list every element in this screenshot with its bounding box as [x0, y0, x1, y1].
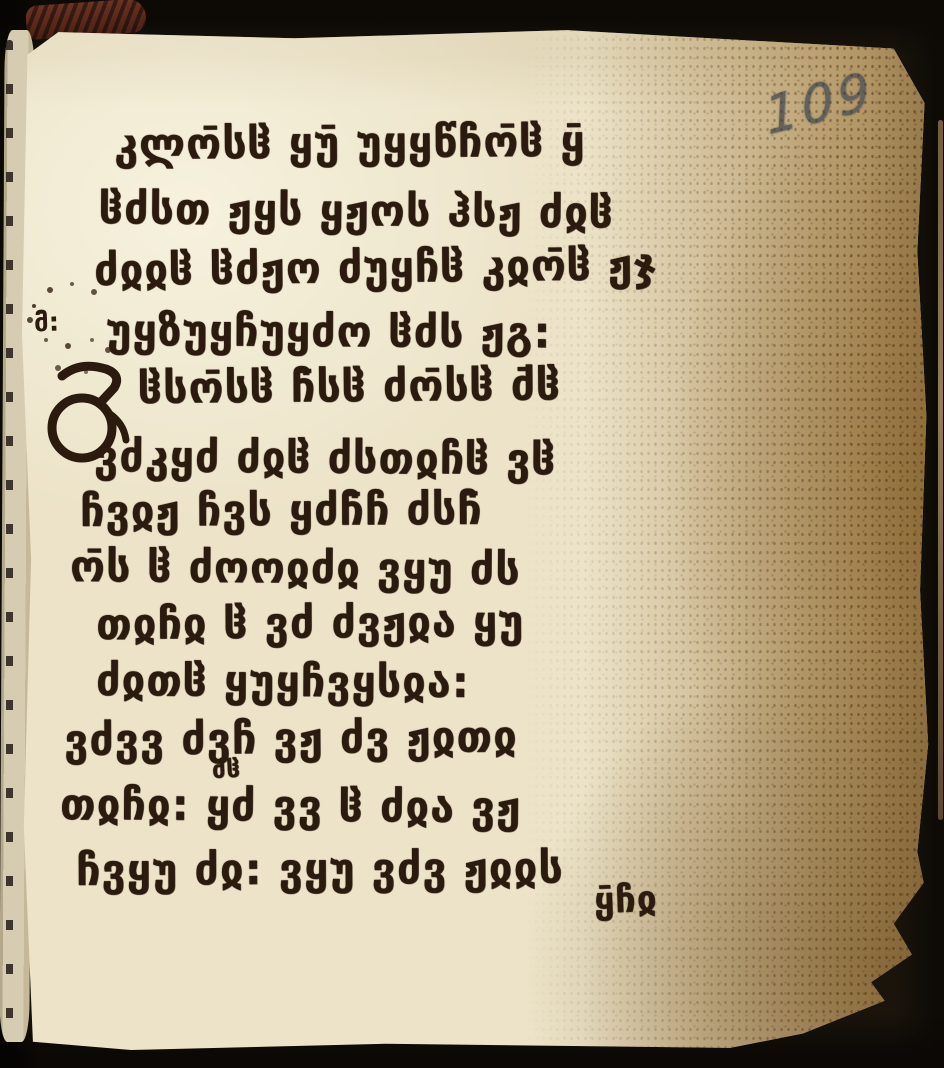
manuscript-line: ვძვვ ძვჩ ვჟ ძვ ჟჲთჲ: [64, 716, 518, 763]
manuscript-line: ვძკყძ ძჲჱ ძსთჲჩჱ ვჱ: [94, 436, 557, 482]
folio-number: 109: [761, 61, 877, 148]
marginal-mark: მ̄:: [33, 308, 59, 339]
manuscript-line: უყზუყჩუყძო ჱძს ჟგ:: [106, 310, 552, 355]
manuscript-line: ჱძსთ ჟყს ყჟოს ჰსჟ ძჲჱ: [99, 188, 614, 235]
manuscript-line: ჱსო̄სჱ ჩ̄სჱ ძო̄სჱ ძ̄ჱ: [138, 364, 561, 411]
manuscript-line: კლო̄სჱ ყუ̄ უყყწჩო̄ჱ ყ̄: [114, 121, 586, 167]
binding-stitches: [6, 40, 13, 1030]
manuscript-line: თჲჩჲ ჱ ვძ ძვჟჲა ყუ: [96, 601, 525, 647]
manuscript-line: ძჲჲჱ ჱძჟო ძუყჩჱ კჲო̄ჱ ჟჯ: [94, 244, 658, 293]
interlinear-gloss: ძჱ: [211, 756, 241, 781]
catchword: ყ̄ჩჲ: [593, 882, 658, 920]
manuscript-line: ძჲთჱ ყუყჩვყსჲა:: [96, 660, 470, 705]
manuscript-line: ჩვჲჟ ჩვს ყძჩ̄ჩ ძსჩ̄: [80, 489, 483, 534]
manuscript-page: 109 მ̄: კლო̄სჱ ყუ̄ უყყწჩო̄ჱ ყ̄ ჱძსთ ჟყს …: [22, 26, 930, 1052]
ink-droplets: [32, 304, 36, 308]
manuscript-line: ო̄ს ჱ ძოოჲძჲ ვყუ ძს: [70, 546, 521, 592]
manuscript-line: თჲჩჲ: ყძ ვვ ჱ ძჲა ვჟ: [60, 784, 522, 830]
manuscript-line: ჩვყუ ძჲ: ვყუ ვძვ ჟჲჲს: [76, 847, 564, 893]
next-leaf-edge: [938, 120, 943, 820]
